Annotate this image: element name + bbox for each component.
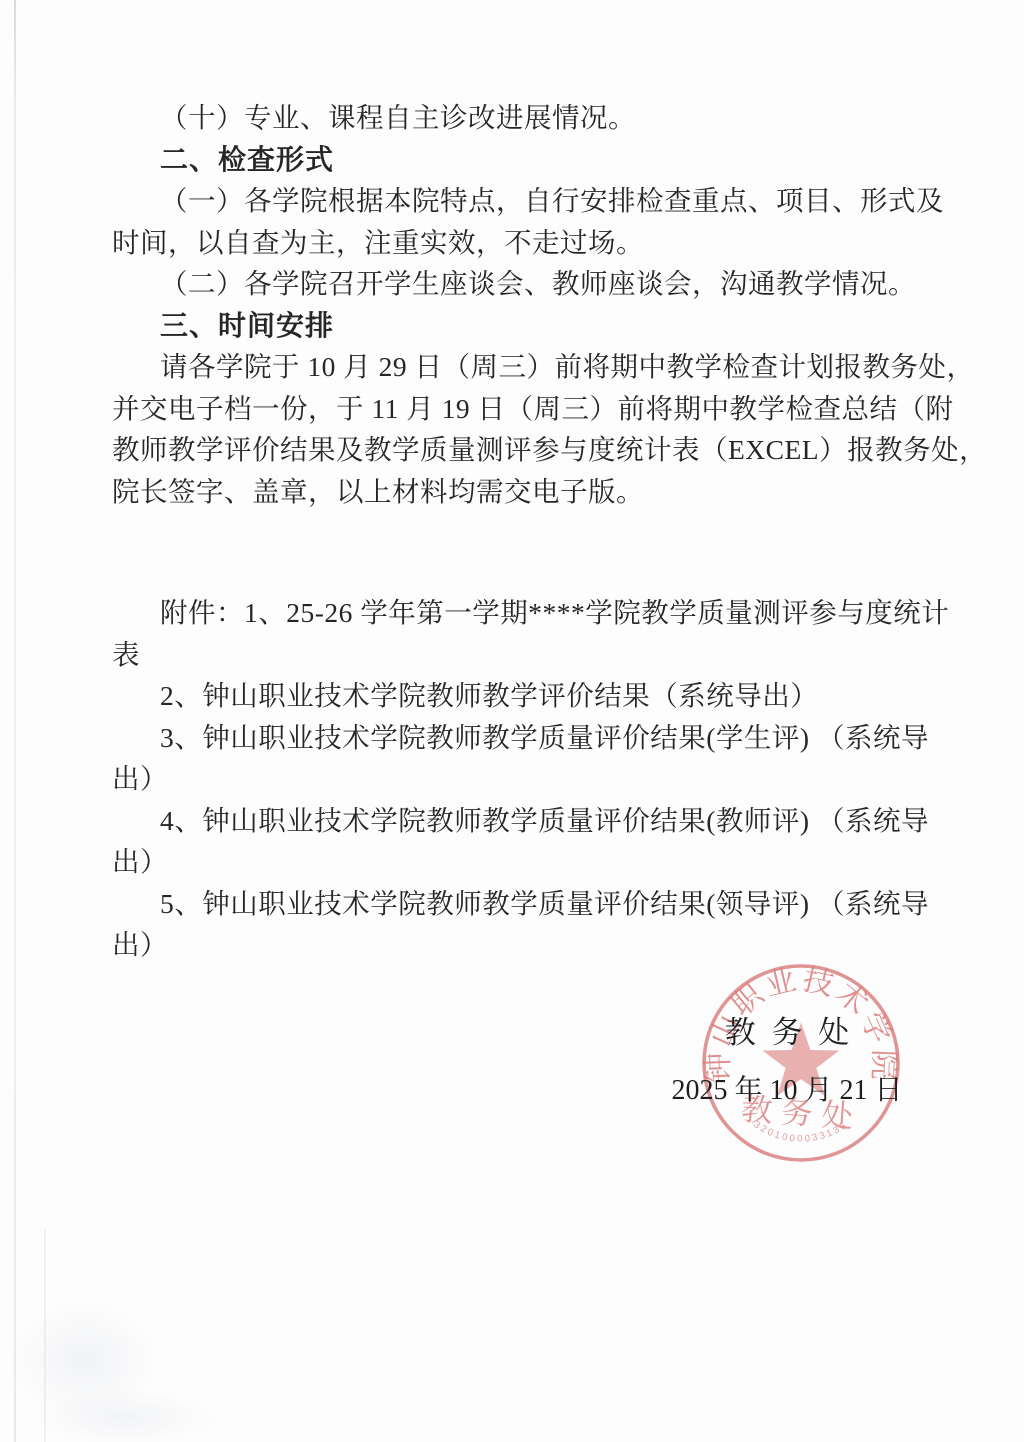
- heading-time-schedule: 三、时间安排: [112, 305, 920, 347]
- doc-line: 并交电子档一份，于 11 月 19 日（周三）前将期中教学检查总结（附: [112, 388, 920, 430]
- attachment-line-4: 4、钟山职业技术学院教师教学质量评价结果(教师评) （系统导: [112, 800, 920, 842]
- attachment-line-3: 3、钟山职业技术学院教师教学质量评价结果(学生评) （系统导: [112, 717, 920, 759]
- doc-line: 教师教学评价结果及教学质量测评参与度统计表（EXCEL）报教务处，: [112, 429, 920, 471]
- doc-line: （一）各学院根据本院特点，自行安排检查重点、项目、形式及: [112, 180, 920, 222]
- attachment-line-1: 附件：1、25-26 学年第一学期****学院教学质量测评参与度统计: [112, 592, 920, 634]
- doc-line: 请各学院于 10 月 29 日（周三）前将期中教学检查计划报教务处，: [112, 346, 920, 388]
- attachment-line-2: 2、钟山职业技术学院教师教学评价结果（系统导出）: [112, 675, 920, 717]
- attachment-line-5: 5、钟山职业技术学院教师教学质量评价结果(领导评) （系统导: [112, 883, 920, 925]
- scan-edge-artifact: [14, 0, 16, 1442]
- document-body: （十）专业、课程自主诊改进展情况。 二、检查形式 （一）各学院根据本院特点，自行…: [112, 97, 920, 966]
- attachment-line-1-cont: 表: [112, 634, 920, 676]
- attachment-line-4-cont: 出）: [112, 841, 920, 883]
- doc-line-item-10: （十）专业、课程自主诊改进展情况。: [112, 97, 920, 139]
- doc-line: （二）各学院召开学生座谈会、教师座谈会，沟通教学情况。: [112, 263, 920, 305]
- attachment-line-5-cont: 出）: [112, 924, 920, 966]
- doc-line: 院长签字、盖章，以上材料均需交电子版。: [112, 471, 920, 513]
- paragraph-gap: [112, 512, 920, 592]
- signoff-block: 教 务 处 2025 年 10 月 21 日: [637, 1013, 937, 1109]
- signoff-department: 教 务 处: [637, 1013, 937, 1053]
- doc-line: 时间，以自查为主，注重实效，不走过场。: [112, 222, 920, 264]
- scan-smudge: [30, 1390, 220, 1442]
- heading-check-format: 二、检查形式: [112, 139, 920, 181]
- signoff-date: 2025 年 10 月 21 日: [637, 1073, 937, 1109]
- scanned-document-page: （十）专业、课程自主诊改进展情况。 二、检查形式 （一）各学院根据本院特点，自行…: [0, 0, 1024, 1442]
- attachment-line-3-cont: 出）: [112, 758, 920, 800]
